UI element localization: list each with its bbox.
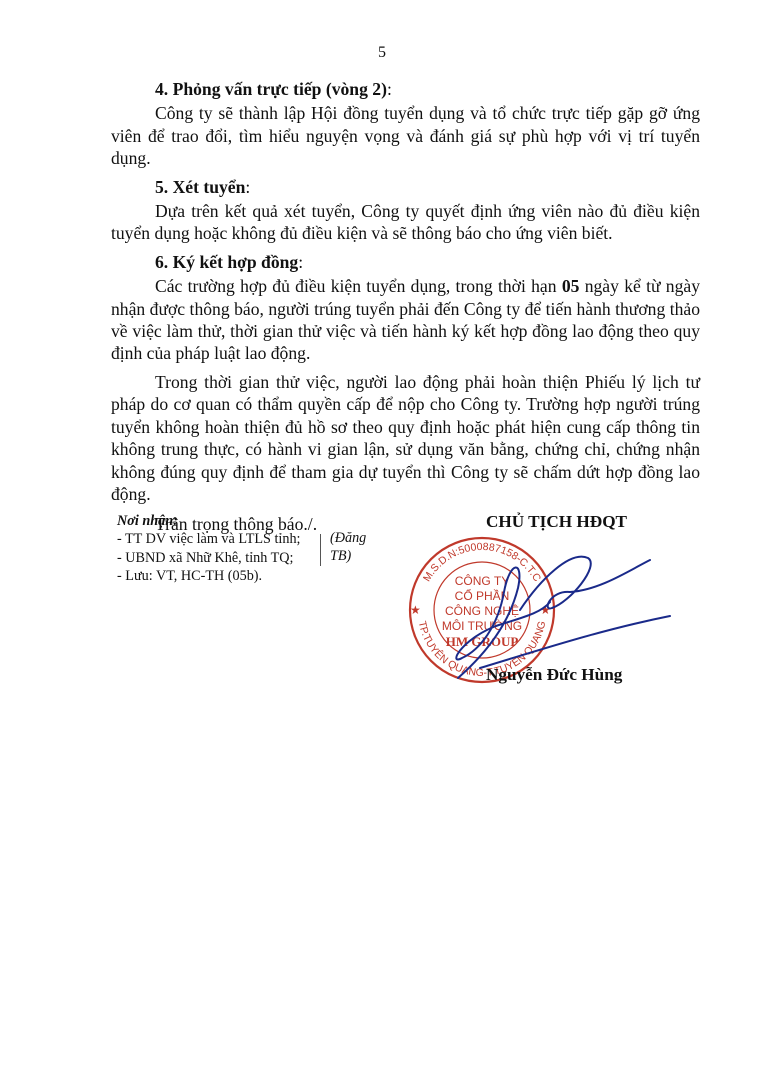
section-heading-interview: 4. Phỏng vấn trực tiếp (vòng 2): [111, 78, 700, 100]
svg-text:★: ★ [410, 603, 421, 617]
recipient-item: - UBND xã Nhữ Khê, tỉnh TQ; [117, 549, 301, 567]
paragraph-contract-1: Các trường hợp đủ điều kiện tuyển dụng, … [111, 275, 700, 365]
svg-text:CÔNG TY: CÔNG TY [455, 573, 509, 588]
recipients-note: (Đăng TB) [330, 529, 366, 566]
section-heading-contract: 6. Ký kết hợp đồng: [111, 251, 700, 273]
signer-name: Nguyễn Đức Hùng [486, 665, 622, 685]
section-heading-selection: 5. Xét tuyển: [111, 176, 700, 198]
recipient-item: - Lưu: VT, HC-TH (05b). [117, 567, 301, 585]
signature-title: CHỦ TỊCH HĐQT [486, 512, 627, 532]
recipient-item: - TT DV việc làm và LTLS tỉnh; [117, 530, 301, 548]
company-stamp: M.S.D.N:5000887158-C.T.C TP.TUYÊN QUANG-… [400, 530, 640, 685]
document-body: 4. Phỏng vấn trực tiếp (vòng 2): Công ty… [111, 78, 700, 536]
paragraph-contract-2: Trong thời gian thử việc, người lao động… [111, 371, 700, 505]
paragraph-selection: Dựa trên kết quả xét tuyển, Công ty quyế… [111, 200, 700, 245]
page-number: 5 [0, 44, 764, 62]
stamp-seal-icon: M.S.D.N:5000887158-C.T.C TP.TUYÊN QUANG-… [400, 530, 640, 685]
paragraph-interview: Công ty sẽ thành lập Hội đồng tuyển dụng… [111, 102, 700, 169]
recipients-brace [320, 534, 321, 566]
recipients-title: Nơi nhận: [117, 512, 301, 530]
recipients-block: Nơi nhận: - TT DV việc làm và LTLS tỉnh;… [117, 512, 301, 586]
svg-text:MÔI TRƯỜNG: MÔI TRƯỜNG [442, 618, 522, 633]
